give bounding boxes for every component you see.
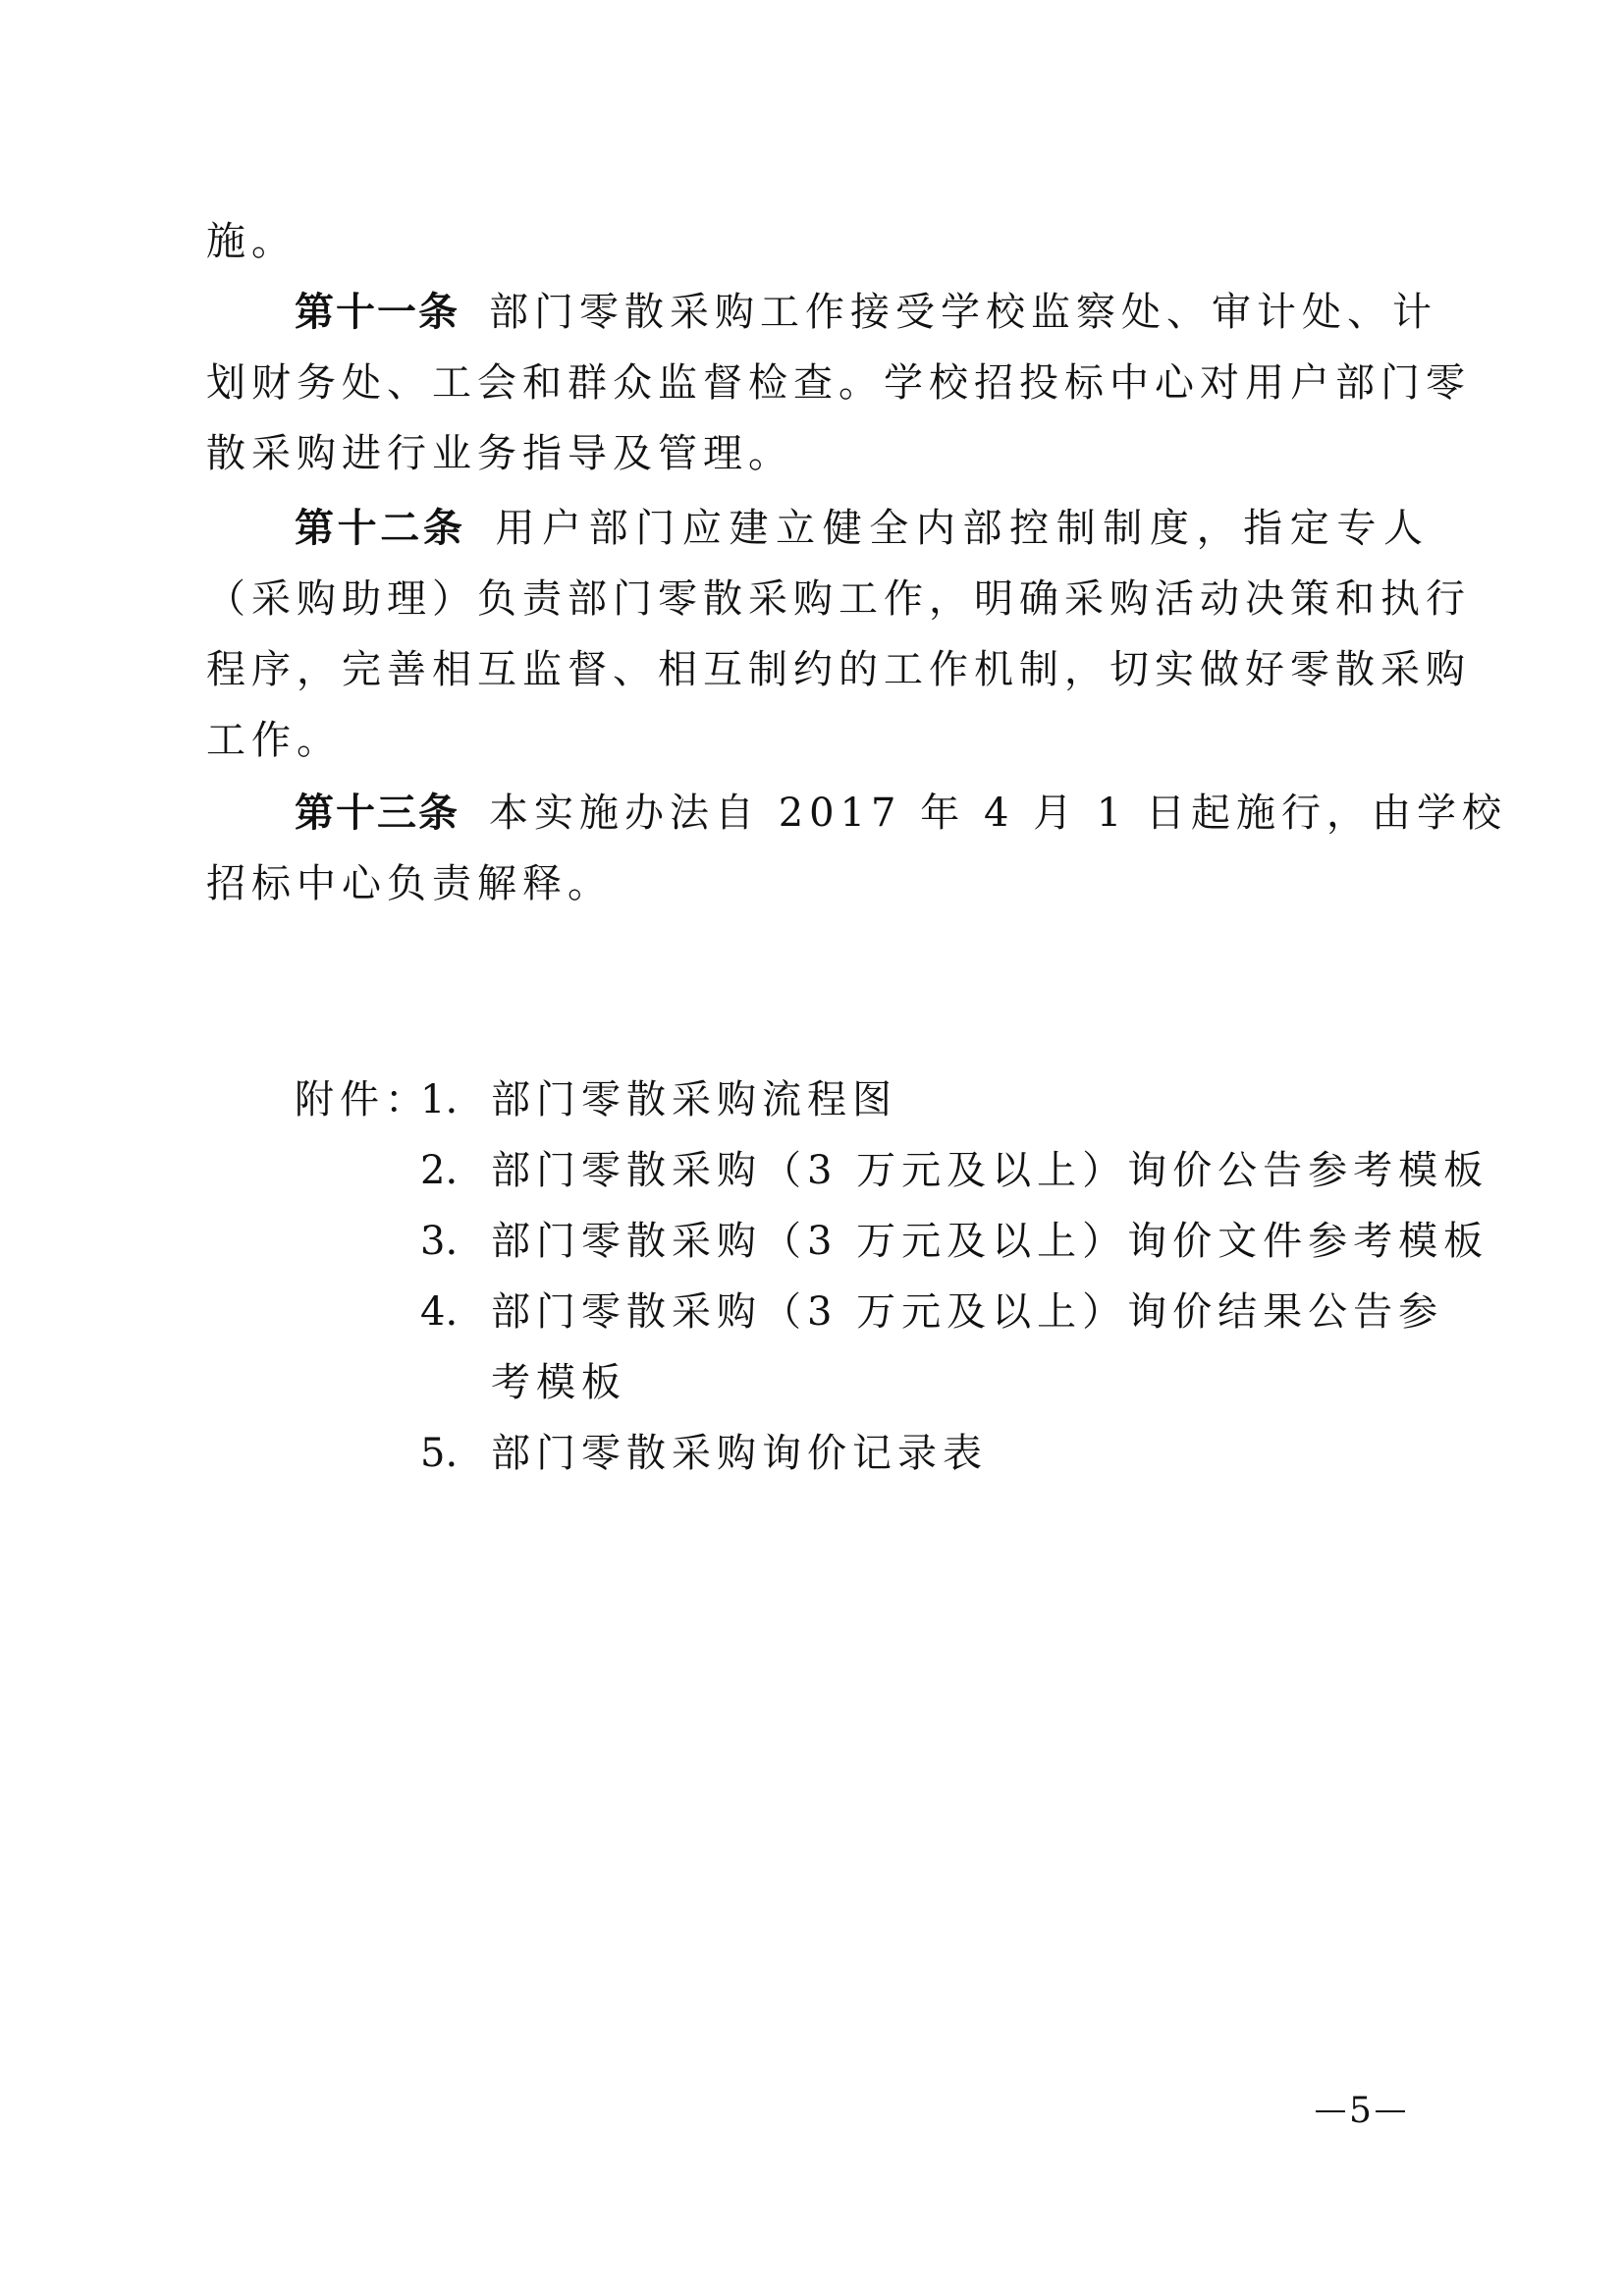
article-12-line-1: 第十二条用户部门应建立健全内部控制制度，指定专人	[295, 501, 1429, 556]
text-line: 施。	[206, 219, 297, 264]
text-line: （采购助理）负责部门零散采购工作，明确采购活动决策和执行	[206, 576, 1471, 622]
attachment-number: 1.	[420, 1072, 491, 1127]
attachment-item-2: 2.部门零散采购（3 万元及以上）询价公告参考模板	[420, 1143, 1429, 1198]
attachment-number: 2.	[420, 1143, 491, 1198]
document-page: 施。 第十一条部门零散采购工作接受学校监察处、审计处、计 划财务处、工会和群众监…	[0, 0, 1623, 2296]
attachment-title: 部门零散采购询价记录表	[491, 1431, 988, 1476]
attachment-number: 3.	[420, 1214, 491, 1269]
attachment-item-1: 1.部门零散采购流程图	[420, 1072, 1429, 1127]
article-13-line-2: 招标中心负责解释。	[206, 856, 1429, 911]
article-12-line-4: 工作。	[206, 713, 1429, 768]
attachment-item-4: 4.部门零散采购（3 万元及以上）询价结果公告参	[420, 1285, 1429, 1339]
article-11-heading: 第十一条	[295, 290, 460, 335]
attachment-title: 部门零散采购（3 万元及以上）询价文件参考模板	[491, 1219, 1488, 1264]
attachment-number: 4.	[420, 1285, 491, 1339]
attachment-title: 部门零散采购（3 万元及以上）询价结果公告参	[491, 1289, 1443, 1335]
article-13-line-1: 第十三条本实施办法自 2017 年 4 月 1 日起施行，由学校	[295, 786, 1429, 841]
text-line: 用户部门应建立健全内部控制制度，指定专人	[495, 506, 1429, 551]
attachment-item-3: 3.部门零散采购（3 万元及以上）询价文件参考模板	[420, 1214, 1429, 1269]
page-number: 5	[1316, 2092, 1405, 2131]
attachment-item-4-continuation: 考模板	[491, 1355, 626, 1410]
article-11-line-1: 第十一条部门零散采购工作接受学校监察处、审计处、计	[295, 285, 1429, 340]
attachment-number: 5.	[420, 1426, 491, 1481]
paragraph-continuation: 施。	[206, 214, 1429, 269]
dash-left	[1316, 2110, 1345, 2112]
text-line: 程序，完善相互监督、相互制约的工作机制，切实做好零散采购	[206, 647, 1471, 692]
attachments-label: 附件：	[295, 1072, 430, 1127]
article-13-heading: 第十三条	[295, 791, 460, 836]
attachment-title: 部门零散采购（3 万元及以上）询价公告参考模板	[491, 1148, 1488, 1193]
text-line: 工作。	[206, 718, 342, 763]
text-line: 划财务处、工会和群众监督检查。学校招投标中心对用户部门零	[206, 360, 1471, 406]
article-11-line-2: 划财务处、工会和群众监督检查。学校招投标中心对用户部门零	[206, 355, 1429, 410]
text-line: 散采购进行业务指导及管理。	[206, 431, 793, 476]
text-line: 本实施办法自 2017 年 4 月 1 日起施行，由学校	[489, 791, 1507, 836]
page-number-value: 5	[1349, 2092, 1372, 2131]
article-12-heading: 第十二条	[295, 506, 465, 551]
attachment-item-5: 5.部门零散采购询价记录表	[420, 1426, 1429, 1481]
attachment-title: 部门零散采购流程图	[491, 1077, 897, 1122]
dash-right	[1376, 2110, 1405, 2112]
article-11-line-3: 散采购进行业务指导及管理。	[206, 426, 1429, 481]
article-12-line-2: （采购助理）负责部门零散采购工作，明确采购活动决策和执行	[206, 572, 1429, 627]
article-12-line-3: 程序，完善相互监督、相互制约的工作机制，切实做好零散采购	[206, 642, 1429, 697]
text-line: 部门零散采购工作接受学校监察处、审计处、计	[489, 290, 1437, 335]
text-line: 招标中心负责解释。	[206, 861, 613, 906]
